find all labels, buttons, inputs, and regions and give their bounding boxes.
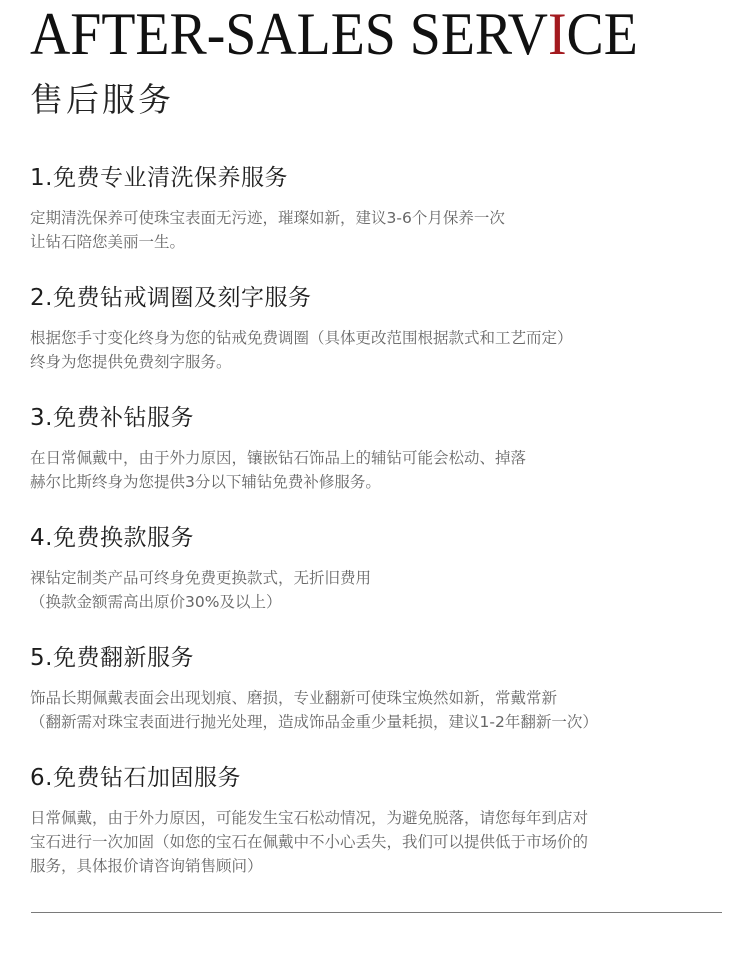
- bottom-divider: [31, 912, 722, 913]
- section-body: 根据您手寸变化终身为您的钻戒免费调圈（具体更改范围根据款式和工艺而定） 终身为您…: [30, 326, 730, 374]
- section-heading: 2.免费钻戒调圈及刻字服务: [30, 283, 730, 313]
- service-section-refurbishing: 5.免费翻新服务 饰品长期佩戴表面会出现划痕、磨损，专业翻新可使珠宝焕然如新，常…: [30, 643, 730, 734]
- body-line: 宝石进行一次加固（如您的宝石在佩戴中不小心丢失，我们可以提供低于市场价的: [30, 830, 730, 854]
- body-line: 饰品长期佩戴表面会出现划痕、磨损，专业翻新可使珠宝焕然如新，常戴常新: [30, 686, 730, 710]
- body-line: （换款金额需高出原价30%及以上）: [30, 590, 730, 614]
- body-line: （翻新需对珠宝表面进行抛光处理，造成饰品金重少量耗损，建议1-2年翻新一次）: [30, 710, 730, 734]
- body-line: 赫尔比斯终身为您提供3分以下辅钻免费补修服务。: [30, 470, 730, 494]
- page-title: AFTER-SALES SERVICE: [30, 4, 722, 64]
- body-line: 日常佩戴，由于外力原因，可能发生宝石松动情况，为避免脱落，请您每年到店对: [30, 806, 730, 830]
- body-line: 终身为您提供免费刻字服务。: [30, 350, 730, 374]
- service-section-diamond-replacement: 3.免费补钻服务 在日常佩戴中，由于外力原因，镶嵌钻石饰品上的辅钻可能会松动、掉…: [30, 403, 730, 494]
- section-heading: 3.免费补钻服务: [30, 403, 730, 433]
- section-heading: 4.免费换款服务: [30, 523, 730, 553]
- section-heading: 5.免费翻新服务: [30, 643, 730, 673]
- section-body: 裸钻定制类产品可终身免费更换款式，无折旧费用 （换款金额需高出原价30%及以上）: [30, 566, 730, 614]
- section-body: 在日常佩戴中，由于外力原因，镶嵌钻石饰品上的辅钻可能会松动、掉落 赫尔比斯终身为…: [30, 446, 730, 494]
- section-heading: 1.免费专业清洗保养服务: [30, 163, 730, 193]
- service-section-cleaning: 1.免费专业清洗保养服务 定期清洗保养可使珠宝表面无污迹，璀璨如新，建议3-6个…: [30, 163, 730, 254]
- body-line: 服务，具体报价请咨询销售顾问）: [30, 854, 730, 878]
- body-line: 让钻石陪您美丽一生。: [30, 230, 730, 254]
- body-line: 裸钻定制类产品可终身免费更换款式，无折旧费用: [30, 566, 730, 590]
- title-text-end: CE: [567, 1, 638, 67]
- title-accent-letter: I: [548, 1, 567, 67]
- body-line: 根据您手寸变化终身为您的钻戒免费调圈（具体更改范围根据款式和工艺而定）: [30, 326, 730, 350]
- page-subtitle: 售后服务: [30, 78, 174, 122]
- title-text-start: AFTER-SALES SERV: [30, 1, 548, 67]
- service-section-style-exchange: 4.免费换款服务 裸钻定制类产品可终身免费更换款式，无折旧费用 （换款金额需高出…: [30, 523, 730, 614]
- service-section-stone-reinforcement: 6.免费钻石加固服务 日常佩戴，由于外力原因，可能发生宝石松动情况，为避免脱落，…: [30, 763, 730, 878]
- section-body: 日常佩戴，由于外力原因，可能发生宝石松动情况，为避免脱落，请您每年到店对 宝石进…: [30, 806, 730, 878]
- section-body: 饰品长期佩戴表面会出现划痕、磨损，专业翻新可使珠宝焕然如新，常戴常新 （翻新需对…: [30, 686, 730, 734]
- body-line: 定期清洗保养可使珠宝表面无污迹，璀璨如新，建议3-6个月保养一次: [30, 206, 730, 230]
- section-body: 定期清洗保养可使珠宝表面无污迹，璀璨如新，建议3-6个月保养一次 让钻石陪您美丽…: [30, 206, 730, 254]
- section-heading: 6.免费钻石加固服务: [30, 763, 730, 793]
- service-section-ring-resizing: 2.免费钻戒调圈及刻字服务 根据您手寸变化终身为您的钻戒免费调圈（具体更改范围根…: [30, 283, 730, 374]
- body-line: 在日常佩戴中，由于外力原因，镶嵌钻石饰品上的辅钻可能会松动、掉落: [30, 446, 730, 470]
